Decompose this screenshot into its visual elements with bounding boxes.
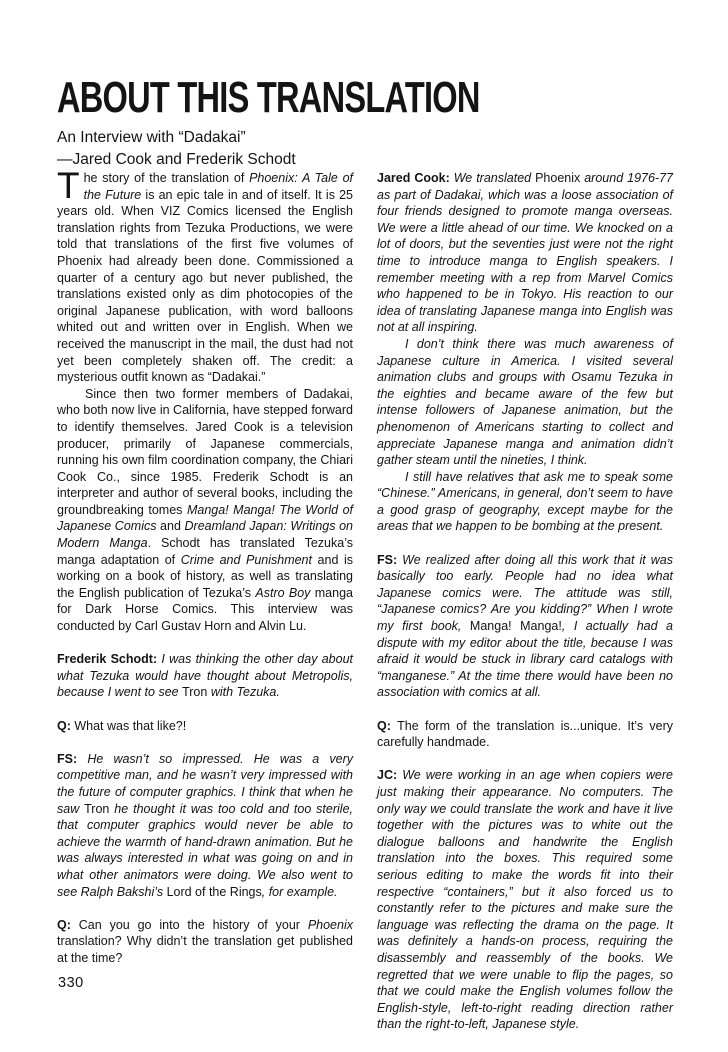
paragraph: FS: He wasn’t so impressed. He was a ver… [57, 751, 353, 900]
paragraph: FS: We realized after doing all this wor… [377, 552, 673, 701]
drop-cap: T [57, 170, 84, 200]
paragraph: Q: The form of the translation is...uniq… [377, 718, 673, 751]
paragraph: The story of the translation of Phoenix:… [57, 170, 353, 386]
page-header: ABOUT THIS TRANSLATION An Interview with… [57, 76, 628, 170]
paragraph: Frederik Schodt: I was thinking the othe… [57, 651, 353, 701]
paragraph: Q: What was that like?! [57, 718, 353, 735]
subtitle-line-1: An Interview with “Dadakai” [57, 127, 628, 149]
paragraph: Jared Cook: We translated Phoenix around… [377, 170, 673, 336]
paragraph: Since then two former members of Dadakai… [57, 386, 353, 635]
page-subtitle: An Interview with “Dadakai” —Jared Cook … [57, 127, 628, 170]
paragraph: JC: We were working in an age when copie… [377, 767, 673, 1033]
paragraph: I still have relatives that ask me to sp… [377, 469, 673, 535]
paragraph: Q: Can you go into the history of your P… [57, 917, 353, 967]
article-body: The story of the translation of Phoenix:… [57, 170, 673, 1033]
subtitle-line-2: —Jared Cook and Frederik Schodt [57, 149, 628, 171]
page-number: 330 [58, 975, 84, 991]
right-column: Jared Cook: We translated Phoenix around… [377, 170, 673, 1033]
left-column: The story of the translation of Phoenix:… [57, 170, 353, 1033]
paragraph: I don’t think there was much awareness o… [377, 336, 673, 469]
book-page: ABOUT THIS TRANSLATION An Interview with… [0, 0, 728, 1052]
page-title: ABOUT THIS TRANSLATION [57, 76, 480, 120]
